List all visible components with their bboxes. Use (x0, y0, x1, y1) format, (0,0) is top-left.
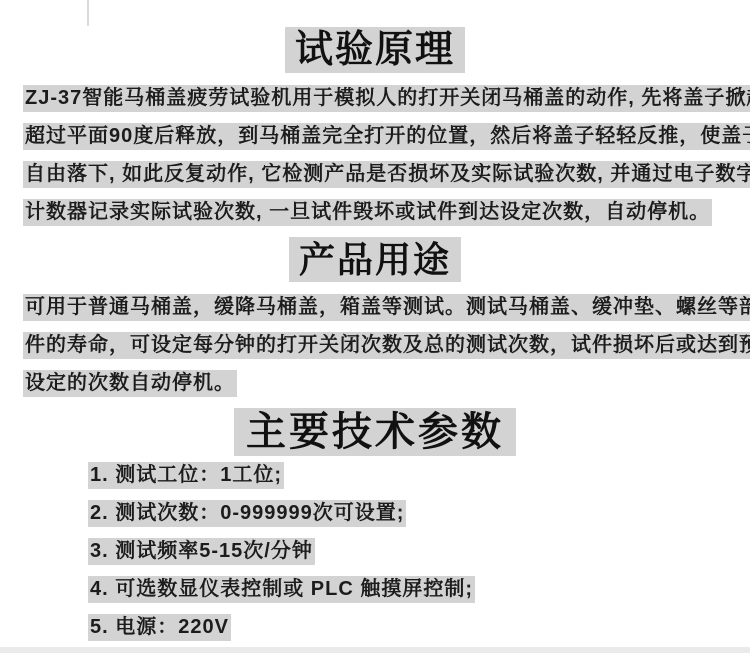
paragraph-line: ZJ-37智能马桶盖疲劳试验机用于模拟人的打开关闭马桶盖的动作, 先将盖子掀起 (23, 85, 727, 112)
section-heading-product-use: 产品用途 (0, 237, 750, 282)
list-item-text: 2. 测试次数：0-999999次可设置; (88, 500, 406, 527)
paragraph-line-text: 可用于普通马桶盖，缓降马桶盖，箱盖等测试。测试马桶盖、缓冲垫、螺丝等部 (23, 294, 750, 321)
list-item-text: 3. 测试频率5-15次/分钟 (88, 538, 315, 565)
heading-text: 试验原理 (285, 27, 465, 73)
heading-text: 主要技术参数 (234, 408, 516, 456)
document-page: 试验原理 ZJ-37智能马桶盖疲劳试验机用于模拟人的打开关闭马桶盖的动作, 先将… (0, 0, 750, 653)
list-item: 2. 测试次数：0-999999次可设置; (88, 500, 727, 527)
list-item-text: 5. 电源：220V (88, 614, 231, 641)
paragraph-line-text: 件的寿命，可设定每分钟的打开关闭次数及总的测试次数，试件损坏后或达到预 (23, 332, 750, 359)
paragraph-line: 超过平面90度后释放，到马桶盖完全打开的位置，然后将盖子轻轻反推，使盖子 (23, 123, 727, 150)
page-bottom-edge (0, 647, 750, 653)
paragraph-line-text: 自由落下, 如此反复动作, 它检测产品是否损坏及实际试验次数, 并通过电子数字 (23, 161, 750, 188)
paragraph-line-text: ZJ-37智能马桶盖疲劳试验机用于模拟人的打开关闭马桶盖的动作, 先将盖子掀起 (23, 85, 750, 112)
paragraph-line: 自由落下, 如此反复动作, 它检测产品是否损坏及实际试验次数, 并通过电子数字 (23, 161, 727, 188)
paragraph-line-text: 超过平面90度后释放，到马桶盖完全打开的位置，然后将盖子轻轻反推，使盖子 (23, 123, 750, 150)
list-item: 3. 测试频率5-15次/分钟 (88, 538, 727, 565)
paragraph-line: 设定的次数自动停机。 (23, 370, 727, 397)
list-item-text: 1. 测试工位：1工位; (88, 462, 284, 489)
paragraph-line: 可用于普通马桶盖，缓降马桶盖，箱盖等测试。测试马桶盖、缓冲垫、螺丝等部 (23, 294, 727, 321)
list-item: 4. 可选数显仪表控制或 PLC 触摸屏控制; (88, 576, 727, 603)
technical-parameters-list: 1. 测试工位：1工位; 2. 测试次数：0-999999次可设置; 3. 测试… (0, 462, 750, 641)
list-item: 1. 测试工位：1工位; (88, 462, 727, 489)
paragraph-line: 件的寿命，可设定每分钟的打开关闭次数及总的测试次数，试件损坏后或达到预 (23, 332, 727, 359)
paragraph-line-text: 计数器记录实际试验次数, 一旦试件毁坏或试件到达设定次数，自动停机。 (23, 199, 712, 226)
test-principle-paragraph: ZJ-37智能马桶盖疲劳试验机用于模拟人的打开关闭马桶盖的动作, 先将盖子掀起 … (0, 85, 750, 226)
paragraph-line: 计数器记录实际试验次数, 一旦试件毁坏或试件到达设定次数，自动停机。 (23, 199, 727, 226)
paragraph-line-text: 设定的次数自动停机。 (23, 370, 237, 397)
list-item-text: 4. 可选数显仪表控制或 PLC 触摸屏控制; (88, 576, 475, 603)
margin-line (87, 0, 89, 26)
section-heading-test-principle: 试验原理 (0, 27, 750, 73)
section-heading-technical-parameters: 主要技术参数 (0, 408, 750, 456)
heading-text: 产品用途 (289, 237, 461, 282)
list-item: 5. 电源：220V (88, 614, 727, 641)
product-use-paragraph: 可用于普通马桶盖，缓降马桶盖，箱盖等测试。测试马桶盖、缓冲垫、螺丝等部 件的寿命… (0, 294, 750, 397)
